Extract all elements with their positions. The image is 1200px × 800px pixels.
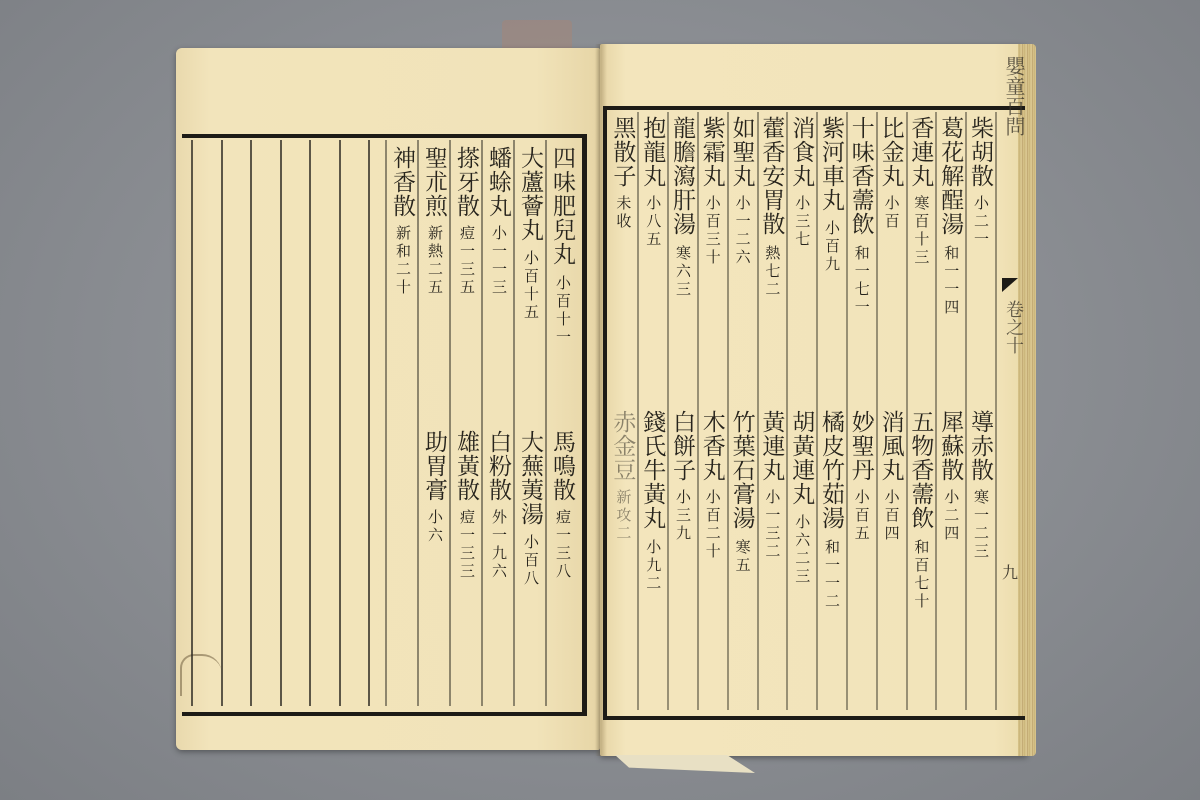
- drug-name: 神香散: [390, 146, 413, 218]
- column-rule: [697, 112, 699, 710]
- drug-reference: 和一一四: [943, 245, 958, 317]
- column-rule: [786, 112, 788, 710]
- column-rule: [221, 140, 223, 706]
- drug-reference: 小一一三: [491, 225, 506, 297]
- drug-reference: 新和二十: [395, 225, 410, 297]
- drug-reference: 小百二十: [705, 489, 720, 561]
- drug-reference: 小一二六: [735, 195, 750, 267]
- column-rule: [876, 112, 878, 710]
- drug-reference: 和百七十: [913, 539, 928, 611]
- drug-reference: 寒百十三: [913, 195, 928, 267]
- drug-reference: 小一三二: [764, 489, 779, 561]
- drug-name: 雄黃散: [454, 430, 477, 502]
- column-rule: [385, 140, 387, 706]
- drug-name: 搽牙散: [454, 146, 477, 218]
- drug-name: 抱龍丸: [640, 116, 663, 188]
- column-rule: [339, 140, 341, 706]
- banxin-volume: 卷之十: [1000, 300, 1026, 354]
- column-rule: [449, 140, 451, 706]
- drug-reference: 小三九: [675, 489, 690, 543]
- drug-reference: 新攻二: [615, 489, 630, 543]
- drug-reference: 寒一二三: [973, 489, 988, 561]
- drug-reference: 寒六三: [675, 245, 690, 299]
- drug-reference: 未收: [615, 195, 630, 231]
- drug-name: 比金丸: [879, 116, 902, 188]
- drug-reference: 小百九: [824, 220, 839, 274]
- drug-name: 馬鳴散: [550, 430, 573, 502]
- drug-name: 消食丸: [789, 116, 812, 188]
- drug-name: 黃連丸: [759, 410, 782, 482]
- drug-reference: 小百十一: [555, 275, 570, 347]
- drug-name: 胡黃連丸: [789, 410, 812, 506]
- drug-name: 龍膽瀉肝湯: [670, 116, 693, 236]
- column-rule: [417, 140, 419, 706]
- drug-name: 蟠蜍丸: [486, 146, 509, 218]
- drug-name: 錢氏牛黃丸: [640, 410, 663, 530]
- drug-name: 紫霜丸: [700, 116, 723, 188]
- drug-reference: 痘一三八: [555, 509, 570, 581]
- column-rule: [513, 140, 515, 706]
- drug-name: 十味香薷飲: [849, 116, 872, 236]
- column-rule: [816, 112, 818, 710]
- column-rule: [280, 140, 282, 706]
- drug-name: 黑散子: [610, 116, 633, 188]
- drug-name: 葛花解酲湯: [938, 116, 961, 236]
- drug-name: 五物香薷飲: [908, 410, 931, 530]
- drug-name: 香連丸: [908, 116, 931, 188]
- drug-reference: 小二一: [973, 195, 988, 249]
- drug-name: 赤金豆: [610, 410, 633, 482]
- column-rule: [667, 112, 669, 710]
- column-rule: [368, 140, 370, 706]
- column-rule: [906, 112, 908, 710]
- drug-reference: 熱七二: [764, 245, 779, 299]
- drug-name: 如聖丸: [730, 116, 753, 188]
- column-rule: [757, 112, 759, 710]
- drug-reference: 外一九六: [491, 509, 506, 581]
- drug-reference: 小百五: [854, 489, 869, 543]
- column-rule: [727, 112, 729, 710]
- drug-reference: 小八五: [645, 195, 660, 249]
- drug-name: 犀蘇散: [938, 410, 961, 482]
- drug-name: 消風丸: [879, 410, 902, 482]
- drug-name: 四味肥兒丸: [550, 146, 573, 266]
- drug-reference: 小百十五: [523, 250, 538, 322]
- banxin-book-title: 嬰童百問: [1000, 56, 1029, 136]
- drug-name: 紫河車丸: [819, 116, 842, 212]
- column-rule: [965, 112, 967, 710]
- column-rule: [481, 140, 483, 706]
- column-rule: [250, 140, 252, 706]
- drug-reference: 寒五: [735, 539, 750, 575]
- drug-reference: 小六二三: [794, 514, 809, 586]
- drug-reference: 和一一二: [824, 539, 839, 611]
- drug-name: 白粉散: [486, 430, 509, 502]
- drug-name: 藿香安胃散: [759, 116, 782, 236]
- drug-reference: 小二四: [943, 489, 958, 543]
- drug-reference: 小六: [427, 509, 442, 545]
- column-rule: [846, 112, 848, 710]
- drug-name: 白餅子: [670, 410, 693, 482]
- drug-reference: 痘一三五: [459, 225, 474, 297]
- drug-reference: 小百三十: [705, 195, 720, 267]
- drug-name: 柴胡散: [968, 116, 991, 188]
- drug-reference: 新熱二五: [427, 225, 442, 297]
- drug-reference: 小百八: [523, 534, 538, 588]
- drug-reference: 小百四: [884, 489, 899, 543]
- drug-name: 橘皮竹茹湯: [819, 410, 842, 530]
- drug-reference: 小百: [884, 195, 899, 231]
- column-rule: [309, 140, 311, 706]
- drug-name: 大蘆薈丸: [518, 146, 541, 242]
- drug-reference: 小三七: [794, 195, 809, 249]
- drug-name: 竹葉石膏湯: [730, 410, 753, 530]
- drug-name: 妙聖丹: [849, 410, 872, 482]
- column-rule: [545, 140, 547, 706]
- drug-name: 木香丸: [700, 410, 723, 482]
- column-rule: [995, 112, 997, 710]
- column-rule: [637, 112, 639, 710]
- drug-name: 聖朮煎: [422, 146, 445, 218]
- drug-name: 助胃膏: [422, 430, 445, 502]
- column-rule: [191, 140, 193, 706]
- drug-reference: 痘一三三: [459, 509, 474, 581]
- drug-name: 導赤散: [968, 410, 991, 482]
- fish-tail-mark: [1002, 278, 1018, 292]
- drug-reference: 和一七一: [854, 245, 869, 317]
- banxin-page-number: 九: [1002, 560, 1018, 583]
- drug-name: 大蕪荑湯: [518, 430, 541, 526]
- column-rule: [935, 112, 937, 710]
- drug-reference: 小九二: [645, 539, 660, 593]
